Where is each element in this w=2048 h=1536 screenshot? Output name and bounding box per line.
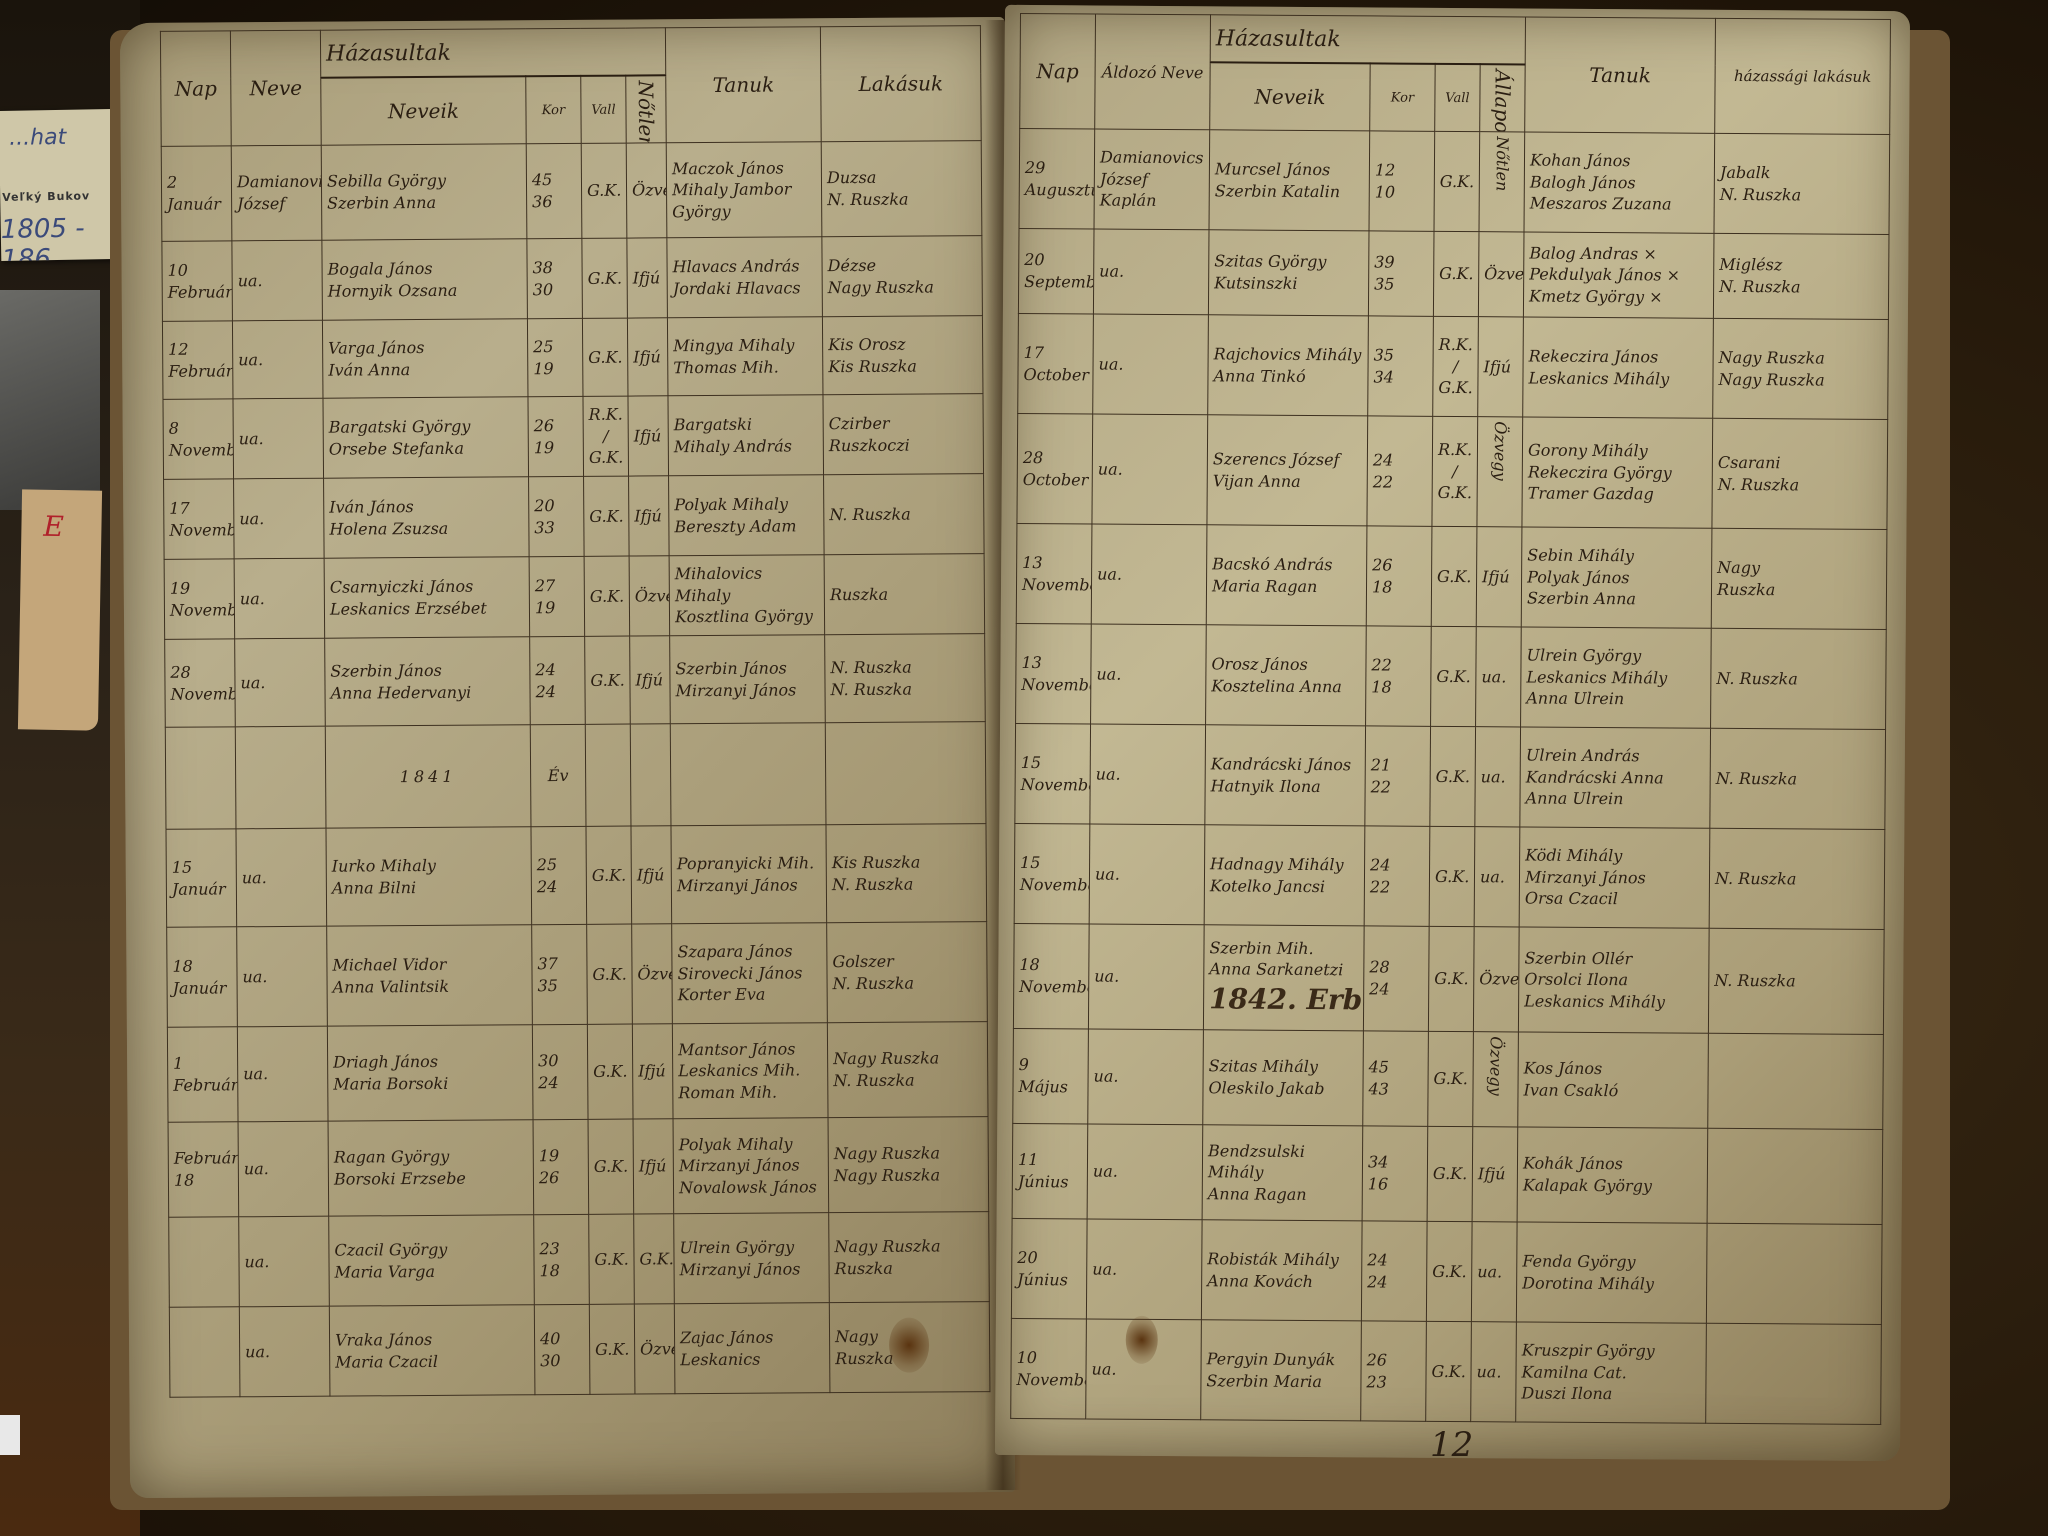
entry-date: 29 Augusztus	[1019, 128, 1095, 229]
witness: Mirzanyi János	[1525, 866, 1704, 889]
entry-witnesses: Ulrein GyörgyMirzanyi János	[674, 1213, 830, 1304]
residence: Ruszka	[1717, 578, 1881, 601]
groom-age: 27	[535, 575, 579, 597]
groom-name: Szitas Mihály	[1209, 1056, 1358, 1079]
bride-age: 22	[1373, 471, 1427, 493]
entry-ages: 2033	[529, 476, 585, 556]
entry-date: 20 Június	[1011, 1218, 1087, 1319]
bride-age: 22	[1370, 876, 1424, 898]
witness: Fenda György	[1522, 1250, 1701, 1273]
col-header-status: Nőtlen	[626, 75, 667, 143]
groom-name: Vraka János	[335, 1328, 529, 1351]
entry-residence: JabalkN. Ruszka	[1714, 133, 1890, 234]
col-header-witnesses: Tanuk	[1525, 17, 1716, 133]
bride-age: 35	[538, 974, 582, 996]
witness: Ulrein András	[1526, 745, 1705, 768]
bride-name: Anna Kovách	[1207, 1270, 1356, 1293]
witness: Ködi Mihály	[1525, 845, 1704, 868]
groom-name: Kandrácski János	[1211, 753, 1360, 776]
entry-priest: ua.	[237, 926, 328, 1027]
entry-status: Ifjú	[627, 318, 668, 396]
residence: N. Ruszka	[829, 503, 978, 526]
entry-witnesses: Polyak MihalyBereszty Adam	[669, 475, 825, 556]
groom-name: Orosz János	[1211, 653, 1360, 676]
entry-status: Özvegy	[634, 1304, 675, 1394]
groom-age: 24	[535, 659, 579, 681]
group-header-married: Házasultak	[320, 28, 665, 78]
entry-ages: 2519	[527, 318, 583, 396]
entry-names: Bogala JánosHornyik Ozsana	[322, 239, 528, 320]
bride-name: Oleskilo Jakab	[1208, 1077, 1357, 1100]
entry-priest: ua.	[234, 558, 325, 639]
groom-age: 37	[537, 953, 581, 975]
entry-priest: ua.	[234, 478, 325, 559]
groom-age: 25	[533, 336, 577, 358]
table-row: 15 November ua. Kandrácski JánosHatnyik …	[1015, 723, 1886, 829]
entry-religion: G.K.	[1434, 131, 1480, 231]
entry-witnesses: Zajac JánosLeskanics	[674, 1303, 830, 1394]
groom-name: Bargatski György	[329, 415, 523, 438]
witness: Rekeczira János	[1529, 345, 1708, 368]
entry-date	[169, 1217, 240, 1307]
entry-residence: Nagy RuszkaNagy Ruszka	[828, 1117, 989, 1213]
witness: Ivan Csakló	[1523, 1080, 1702, 1103]
entry-status: ua.	[1471, 1322, 1517, 1422]
table-row: 8 November ua. Bargatski GyörgyOrsebe St…	[163, 394, 984, 480]
entry-ages: 2424	[1361, 1221, 1427, 1321]
entry-religion: G.K.	[1426, 1321, 1472, 1421]
residence: Nagy Ruszka	[828, 276, 977, 299]
entry-ages: 1926	[533, 1119, 589, 1214]
witness: Dorotina Mihály	[1522, 1272, 1701, 1295]
entry-priest: ua.	[236, 828, 327, 927]
entry-ages: 3534	[1368, 316, 1434, 416]
residence: Ruszkoczi	[829, 434, 978, 457]
entry-date: 13 November	[1016, 523, 1092, 624]
entry-date: 10 Február	[162, 241, 233, 321]
witness: Korter Eva	[678, 984, 822, 1007]
entry-religion: G.K.	[586, 826, 632, 924]
entry-residence: Nagy RuszkaN. Ruszka	[827, 1022, 988, 1118]
residence: Ruszka	[835, 1257, 984, 1280]
entry-date: 15 Január	[166, 829, 237, 927]
entry-residence: N. Ruszka	[1711, 628, 1887, 729]
entry-status: Özvegy	[629, 556, 670, 636]
entry-witnesses: Gorony MihályRekeczira GyörgyTramer Gazd…	[1522, 417, 1713, 528]
bride-age: 30	[540, 1349, 584, 1371]
residence: N. Ruszka	[833, 1069, 982, 1092]
bride-name: Szerbin Katalin	[1215, 180, 1364, 203]
entry-witnesses: Popranyicki Mih.Mirzanyi János	[671, 825, 827, 924]
entry-priest: ua.	[1088, 924, 1204, 1030]
groom-age: 24	[1373, 449, 1427, 471]
entry-residence: CzirberRuszkoczi	[823, 394, 984, 475]
bride-name: Borsoki Erzsebe	[334, 1167, 528, 1190]
right-ledger-table: Nap Áldozó Neve Házasultak Tanuk házassá…	[1010, 13, 1891, 1425]
entry-religion: G.K.	[1428, 926, 1474, 1031]
table-row: 13 November ua. Orosz JánosKosztelina An…	[1016, 623, 1887, 729]
groom-age: 28	[1369, 957, 1423, 979]
entry-religion: G.K.	[589, 1304, 635, 1394]
col-header-priest: Neve	[230, 30, 321, 146]
entry-priest: ua.	[1089, 824, 1205, 925]
col-header-date: Nap	[1020, 13, 1096, 129]
residence: Czirber	[829, 412, 978, 435]
bride-age: 10	[1375, 181, 1429, 203]
entry-priest: ua.	[1093, 314, 1209, 415]
entry-religion: G.K.	[588, 1119, 634, 1214]
groom-age: 24	[1367, 1249, 1421, 1271]
entry-religion: R.K. / G.K.	[583, 396, 629, 476]
entry-date: 28 November	[165, 639, 236, 727]
ink-stain	[889, 1317, 929, 1372]
table-row: ua. Vraka JánosMaria Czacil 4030 G.K. Öz…	[169, 1302, 990, 1398]
entry-religion: G.K.	[1428, 1031, 1474, 1126]
entry-priest: Damianovics József Kaplán	[1094, 129, 1210, 230]
bride-age: 18	[1372, 576, 1426, 598]
archive-label-place: Veľký Bukov	[2, 189, 90, 204]
entry-date: 17 November	[164, 479, 235, 559]
groom-name: Bacskó András	[1212, 553, 1361, 576]
groom-age: 45	[1369, 1057, 1423, 1079]
entry-names: Bacskó AndrásMaria Ragan	[1206, 525, 1367, 626]
entry-witnesses: Mingya MihalyThomas Mih.	[667, 317, 823, 396]
groom-name: Czacil György	[334, 1238, 528, 1261]
witness: Kohák János	[1523, 1153, 1702, 1176]
groom-name: Varga János	[328, 336, 522, 359]
table-row: 17 October ua. Rajchovics MihályAnna Tin…	[1018, 313, 1889, 419]
bride-age: 26	[539, 1167, 583, 1189]
entry-priest: ua.	[233, 398, 324, 479]
entry-ages: 2122	[1365, 726, 1431, 826]
col-header-religion: Vall	[1435, 64, 1480, 132]
witness: Bargatski	[674, 413, 818, 436]
residence: N. Ruszka	[832, 873, 981, 896]
groom-age: 12	[1375, 159, 1429, 181]
groom-age: 40	[540, 1328, 584, 1350]
entry-residence: CsaraniN. Ruszka	[1712, 418, 1888, 529]
bride-age: 24	[537, 875, 581, 897]
bride-name: Anna Hedervanyi	[330, 681, 524, 704]
left-page: Nap Neve Házasultak Tanuk Lakásuk Neveik…	[120, 17, 1015, 1498]
entry-religion: G.K.	[585, 636, 631, 724]
bride-name: Hatnyik Ilona	[1211, 775, 1360, 798]
witness: Szerbin Anna	[1527, 588, 1706, 611]
witness: Kamilna Cat.	[1522, 1361, 1701, 1384]
entry-witnesses: Polyak MihalyMirzanyi JánosNovalowsk Ján…	[673, 1118, 829, 1214]
bride-name: Anna Sarkanetzi	[1209, 958, 1358, 981]
entry-date: 9 Május	[1013, 1028, 1089, 1124]
witness: Polyak Mihaly	[674, 493, 818, 516]
entry-religion: G.K.	[1427, 1126, 1473, 1221]
entry-religion: R.K. / G.K.	[1432, 416, 1478, 526]
entry-witnesses: Hlavacs AndrásJordaki Hlavacs	[667, 237, 823, 318]
groom-age: 38	[533, 257, 577, 279]
entry-status: Ifjú	[1478, 317, 1524, 417]
witness: Ulrein György	[1527, 645, 1706, 668]
entry-witnesses: Szapara JánosSirovecki JánosKorter Eva	[672, 923, 828, 1024]
bride-age: 16	[1368, 1173, 1422, 1195]
col-header-date: Nap	[160, 31, 231, 146]
groom-age: 26	[1372, 554, 1426, 576]
witness: Mirzanyi János	[680, 1258, 824, 1281]
witness: Kalapak György	[1523, 1175, 1702, 1198]
entry-status: Özvegy	[1473, 1032, 1519, 1127]
entry-residence	[1707, 1128, 1883, 1224]
entry-religion: G.K.	[584, 556, 630, 636]
residence: Dézse	[828, 254, 977, 277]
groom-age: 30	[538, 1050, 582, 1072]
witness: Anna Ulrein	[1526, 788, 1705, 811]
entry-witnesses: Kohan JánosBalogh JánosMeszaros Zuzana	[1524, 132, 1715, 233]
entry-names: Szerbin JánosAnna Hedervanyi	[325, 637, 531, 726]
witness: Rekeczira György	[1528, 461, 1707, 484]
entry-ages: 3416	[1362, 1126, 1428, 1221]
witness: Balogh János	[1530, 171, 1709, 194]
year-mark-ev: Év	[530, 724, 586, 826]
entry-date: Február 18	[168, 1122, 239, 1217]
residence: Nagy Ruszka	[1718, 368, 1882, 391]
entry-ages: 2218	[1366, 626, 1432, 726]
archive-label-card: ...hat Veľký Bukov 1805 - 186	[0, 109, 113, 261]
entry-priest: Damianovics József	[231, 145, 322, 241]
entry-date: 20 September	[1018, 228, 1094, 314]
residence: N. Ruszka	[1715, 868, 1879, 891]
entry-status: Ifjú	[628, 396, 669, 476]
residence-label: házassági lakásuk	[1734, 67, 1871, 86]
entry-status: Ifjú	[629, 476, 670, 556]
col-header-age: Kor	[1370, 63, 1435, 131]
residence: Jabalk	[1720, 162, 1884, 185]
entry-priest: ua.	[1091, 524, 1207, 625]
residence: Kis Ruszka	[828, 355, 977, 378]
entry-ages: 4543	[1363, 1031, 1429, 1126]
witness: Ulrein György	[679, 1236, 823, 1259]
entry-date: 1 Február	[167, 1027, 238, 1122]
entry-residence: MiglészN. Ruszka	[1713, 233, 1889, 319]
entry-residence	[1706, 1223, 1882, 1324]
groom-age: 23	[539, 1238, 583, 1260]
entry-names: Kandrácski JánosHatnyik Ilona	[1205, 725, 1366, 826]
entry-names: Pergyin DunyákSzerbin Maria	[1201, 1320, 1362, 1421]
bride-name: Iván Anna	[328, 358, 522, 381]
witness: Polyak Mihaly	[679, 1133, 823, 1156]
entry-names: Szitas GyörgyKutsinszki	[1208, 230, 1369, 316]
entry-ages: 2824	[1363, 926, 1429, 1031]
bride-age: 24	[538, 1072, 582, 1094]
entry-religion: R.K. / G.K.	[1433, 316, 1479, 416]
year-separator-row: 1841 Év	[165, 722, 986, 830]
residence: Nagy Ruszka	[834, 1143, 983, 1166]
entry-priest: ua.	[1092, 414, 1208, 525]
entry-witnesses: Ködi MihályMirzanyi JánosOrsa Czacil	[1519, 827, 1710, 928]
bride-age: 22	[1371, 776, 1425, 798]
entry-status: Ifjú	[1472, 1127, 1518, 1222]
col-header-witnesses: Tanuk	[665, 27, 821, 143]
bride-name: Anna Bilni	[332, 876, 526, 899]
witness: Maczok János	[672, 157, 816, 180]
entry-witnesses: Szerbin OllérOrsolci IlonaLeskanics Mihá…	[1518, 927, 1709, 1033]
entry-ages: 2524	[531, 826, 587, 924]
groom-age: 45	[532, 169, 576, 191]
white-tab	[0, 1415, 20, 1455]
year-1841: 1841	[325, 725, 531, 828]
entry-names: Hadnagy MihályKotelko Jancsi	[1204, 825, 1365, 926]
bride-name: Maria Borsoki	[333, 1072, 527, 1095]
groom-age: 39	[1374, 252, 1428, 274]
residence: Kis Orosz	[828, 333, 977, 356]
residence: N. Ruszka	[1714, 970, 1878, 993]
witness: Mingya Mihaly	[673, 334, 817, 357]
entry-names: Szerencs JózsefVijan Anna	[1207, 415, 1368, 526]
bride-name: Vijan Anna	[1213, 470, 1362, 493]
ink-stain	[1126, 1316, 1158, 1364]
witness: Leskanics Mihály	[1524, 990, 1703, 1013]
table-row: 20 Június ua. Robisták MihályAnna Kovách…	[1011, 1218, 1882, 1324]
witness: Hlavacs András	[673, 255, 817, 278]
witness: Novalowsk János	[679, 1176, 823, 1199]
entry-names: Driagh JánosMaria Borsoki	[327, 1025, 533, 1121]
bride-name: Orsebe Stefanka	[329, 437, 523, 460]
groom-name: Szerencs József	[1213, 448, 1362, 471]
entry-ages: 2422	[1364, 826, 1430, 926]
entry-names: Vraka JánosMaria Czacil	[329, 1305, 535, 1396]
groom-age: 22	[1371, 654, 1425, 676]
witness: Mantsor János	[678, 1038, 822, 1061]
entry-witnesses: Kohák JánosKalapak György	[1517, 1127, 1708, 1223]
entry-residence: Nagy RuszkaRuszka	[829, 1212, 990, 1303]
table-row: 1 Február ua. Driagh JánosMaria Borsoki …	[167, 1022, 988, 1123]
bride-age: 18	[540, 1259, 584, 1281]
entry-names: Szitas MihályOleskilo Jakab	[1203, 1030, 1364, 1126]
table-row: 10 Február ua. Bogala JánosHornyik Ozsan…	[162, 236, 983, 322]
witness: Kosztlina György	[675, 606, 819, 629]
entry-residence: NagyRuszka	[1711, 528, 1887, 629]
entry-status: Ifjú	[1476, 527, 1522, 627]
col-header-names: Neveik	[321, 76, 526, 145]
witness: Kmetz György ×	[1529, 285, 1708, 308]
entry-names: Bendzsulski MihályAnna Ragan	[1202, 1125, 1363, 1221]
entry-religion: G.K.	[1426, 1221, 1472, 1321]
bride-name: Maria Czacil	[335, 1350, 529, 1373]
entry-ages: 3935	[1368, 231, 1434, 316]
bride-age: 24	[1367, 1271, 1421, 1293]
entry-date: 18 Január	[167, 927, 238, 1027]
table-row: 17 November ua. Iván JánosHolena Zsuzsa …	[164, 474, 985, 560]
entry-residence: Kis OroszKis Ruszka	[822, 316, 983, 395]
year-1842-overlay: 1842. Erben	[1209, 980, 1358, 1019]
groom-age: 34	[1368, 1152, 1422, 1174]
entry-status: Özvegy	[626, 143, 667, 238]
table-row: 20 September ua. Szitas GyörgyKutsinszki…	[1018, 228, 1889, 319]
entry-names: Robisták MihályAnna Kovách	[1201, 1220, 1362, 1321]
entry-priest: ua.	[1090, 724, 1206, 825]
groom-name: Ragan György	[334, 1146, 528, 1169]
entry-date: 10 November	[1011, 1318, 1087, 1419]
bride-age: 19	[535, 596, 579, 618]
residence: Csarani	[1718, 452, 1882, 475]
witness: Pekdulyak János ×	[1529, 264, 1708, 287]
entry-names: Murcsel JánosSzerbin Katalin	[1209, 130, 1370, 231]
table-row: 28 November ua. Szerbin JánosAnna Hederv…	[165, 634, 986, 728]
groom-name: Sebilla György	[327, 170, 521, 193]
witness: Mirzanyi János	[677, 874, 821, 897]
entry-ages: 3830	[527, 238, 583, 318]
groom-age: 19	[539, 1145, 583, 1167]
groom-name: Pergyin Dunyák	[1207, 1348, 1356, 1371]
groom-name: Szerbin János	[330, 659, 524, 682]
table-row: 2 Január Damianovics József Sebilla Györ…	[161, 141, 982, 242]
bride-name: Hornyik Ozsana	[328, 279, 522, 302]
witness: Orsolci Ilona	[1524, 969, 1703, 992]
witness: Orsa Czacil	[1525, 888, 1704, 911]
groom-age: 26	[534, 415, 578, 437]
entry-ages: 2623	[1361, 1321, 1427, 1421]
col-header-priest: Áldozó Neve	[1095, 14, 1211, 130]
entry-date: 18 November	[1013, 923, 1089, 1029]
entry-status: Ifjú	[631, 826, 672, 924]
groom-name: Szitas György	[1214, 251, 1363, 274]
bride-age: 19	[533, 357, 577, 379]
residence: Nagy Ruszka	[834, 1235, 983, 1258]
witness: György	[672, 200, 816, 223]
entry-priest: ua.	[1091, 624, 1207, 725]
col-header-religion: Vall	[581, 76, 626, 144]
entry-witnesses: Ulrein GyörgyLeskanics MihályAnna Ulrein	[1521, 627, 1712, 728]
witness: Szapara János	[677, 940, 821, 963]
groom-name: Csarnyiczki János	[330, 575, 524, 598]
witness: Leskanics Mih.	[678, 1059, 822, 1082]
witness: Sirovecki János	[677, 962, 821, 985]
witness: Bereszty Adam	[674, 515, 818, 538]
entry-residence: Ruszka	[824, 554, 985, 635]
table-row: 13 November ua. Bacskó AndrásMaria Ragan…	[1016, 523, 1887, 629]
entry-religion: G.K.	[582, 238, 628, 318]
entry-names: Michael VidorAnna Valintsik	[327, 925, 533, 1026]
residence: N. Ruszka	[1716, 668, 1880, 691]
entry-status: Ifjú	[633, 1119, 674, 1214]
bride-age: 30	[533, 278, 577, 300]
entry-residence: DuzsaN. Ruszka	[821, 141, 982, 237]
witness: Balog Andras ×	[1529, 242, 1708, 265]
entry-religion: G.K.	[1431, 526, 1477, 626]
entry-witnesses: Sebin MihályPolyak JánosSzerbin Anna	[1521, 527, 1712, 628]
col-header-names: Neveik	[1210, 62, 1370, 131]
bride-name: Szerbin Anna	[327, 191, 521, 214]
entry-date: 13 November	[1016, 623, 1092, 724]
entry-residence: Kis RuszkaN. Ruszka	[826, 824, 987, 923]
residence: N. Ruszka	[1716, 768, 1880, 791]
entry-ages: 2619	[528, 396, 584, 476]
entry-ages: 2424	[530, 636, 586, 724]
witness: Kruszpir György	[1522, 1340, 1701, 1363]
witness: Leskanics Mihály	[1528, 367, 1707, 390]
residence: N. Ruszka	[833, 972, 982, 995]
bride-name: Kutsinszki	[1214, 272, 1363, 295]
entry-witnesses: Mantsor JánosLeskanics Mih.Roman Mih.	[672, 1023, 828, 1119]
groom-age: 35	[1374, 344, 1428, 366]
groom-age: 24	[1370, 854, 1424, 876]
entry-names: Iván JánosHolena Zsuzsa	[324, 477, 530, 558]
entry-residence: DézseNagy Ruszka	[822, 236, 983, 317]
residence: Nagy Ruszka	[833, 1048, 982, 1071]
groom-name: Murcsel János	[1215, 158, 1364, 181]
entry-date: 15 November	[1014, 823, 1090, 924]
residence: N. Ruszka	[830, 656, 979, 679]
witness: Zajac János	[680, 1326, 824, 1349]
groom-name: Bendzsulski Mihály	[1208, 1140, 1357, 1184]
table-row: 18 November ua. Szerbin Mih.Anna Sarkane…	[1013, 923, 1884, 1034]
